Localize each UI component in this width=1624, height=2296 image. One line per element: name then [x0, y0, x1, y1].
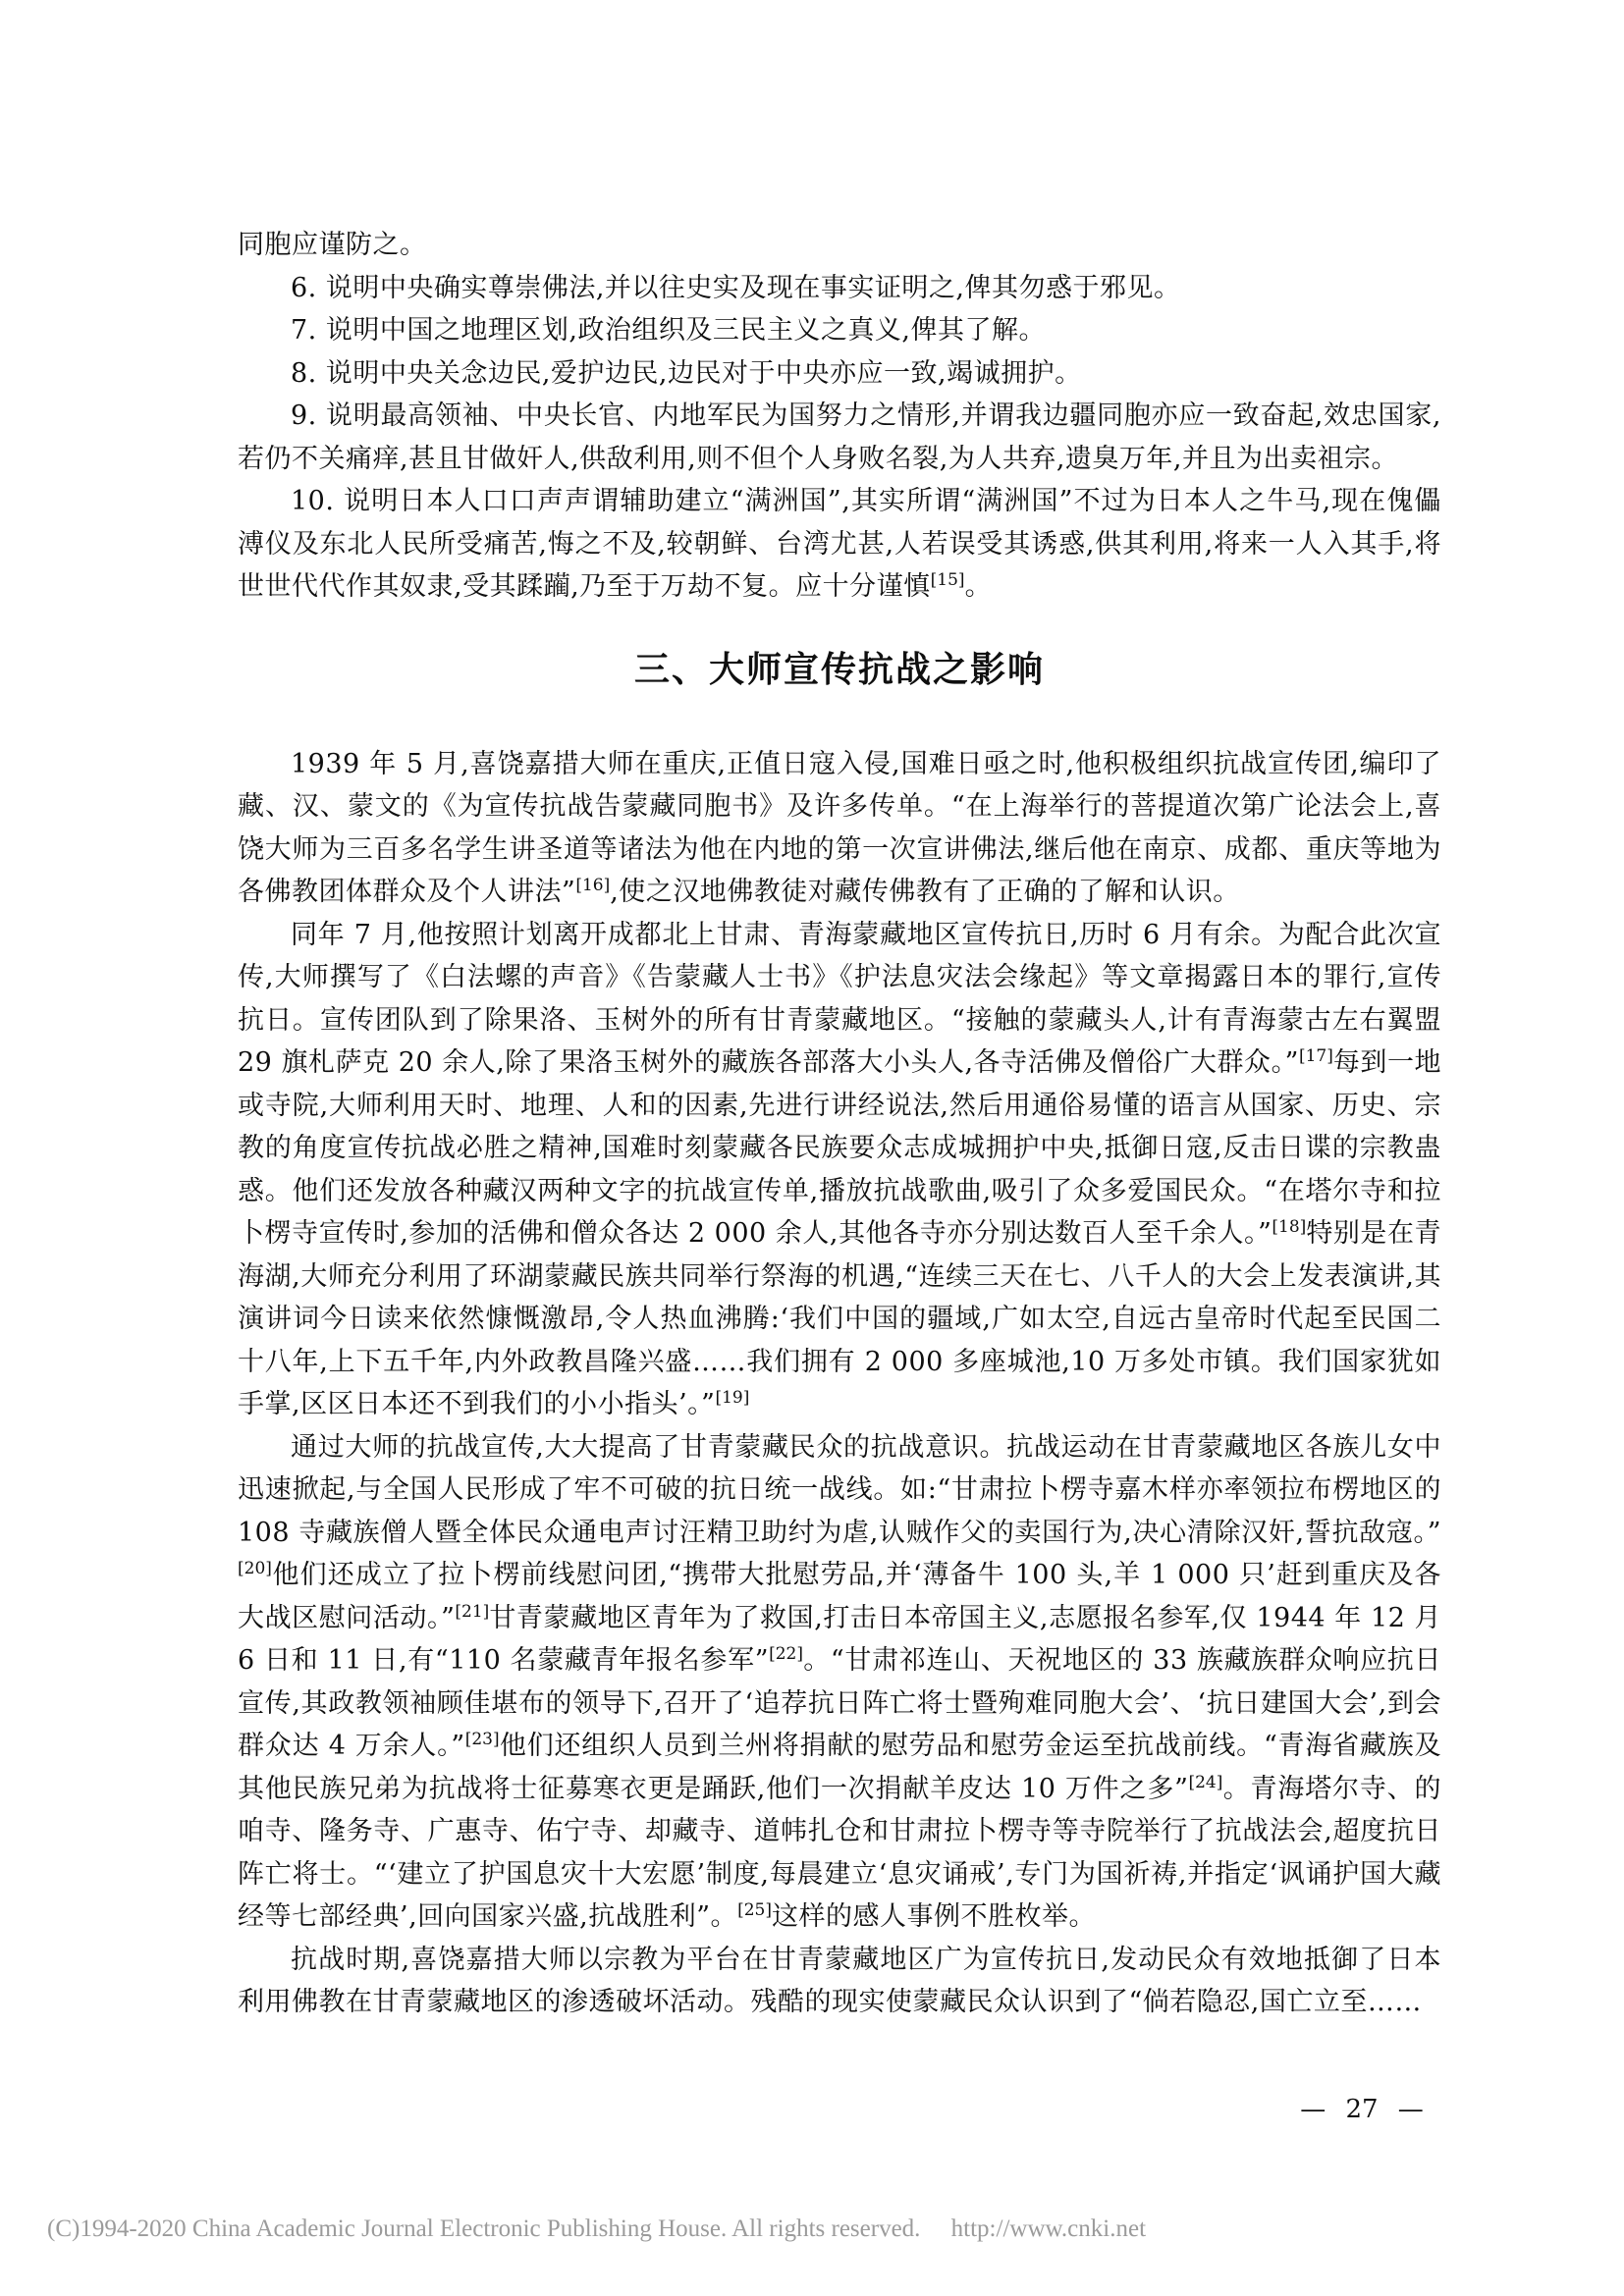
paragraph: 7. 说明中国之地理区划,政治组织及三民主义之真义,俾其了解。: [238, 309, 1441, 352]
footnote-reference: [18]: [1272, 1217, 1306, 1237]
footnote-reference: [23]: [465, 1730, 500, 1749]
copyright-footer: (C)1994-2020 China Academic Journal Elec…: [47, 2215, 1146, 2244]
footnote-reference: [22]: [769, 1644, 803, 1664]
paragraph: 同胞应谨防之。: [238, 224, 1441, 267]
paragraph: 8. 说明中央关念边民,爱护边民,边民对于中央亦应一致,竭诚拥护。: [238, 352, 1441, 396]
footnote-reference: [17]: [1299, 1046, 1333, 1066]
paragraph: 10. 说明日本人口口声声谓辅助建立“满洲国”,其实所谓“满洲国”不过为日本人之…: [238, 480, 1441, 609]
section-heading: 三、大师宣传抗战之影响: [238, 644, 1441, 697]
article-body: 同胞应谨防之。6. 说明中央确实尊崇佛法,并以往史实及现在事实证明之,俾其勿惑于…: [238, 224, 1441, 2024]
pre-section-paragraphs: 同胞应谨防之。6. 说明中央确实尊崇佛法,并以往史实及现在事实证明之,俾其勿惑于…: [238, 224, 1441, 609]
footnote-reference: [16]: [575, 876, 610, 895]
paragraph: 6. 说明中央确实尊崇佛法,并以往史实及现在事实证明之,俾其勿惑于邪见。: [238, 267, 1441, 310]
footnote-reference: [20]: [238, 1559, 272, 1578]
footnote-reference: [24]: [1188, 1773, 1222, 1792]
footnote-reference: [19]: [715, 1388, 749, 1408]
paragraph: 1939 年 5 月,喜饶嘉措大师在重庆,正值日寇入侵,国难日亟之时,他积极组织…: [238, 743, 1441, 914]
paragraph: 9. 说明最高领袖、中央长官、内地军民为国努力之情形,并谓我边疆同胞亦应一致奋起…: [238, 395, 1441, 480]
footnote-reference: [25]: [737, 1900, 772, 1920]
section-paragraphs: 1939 年 5 月,喜饶嘉措大师在重庆,正值日寇入侵,国难日亟之时,他积极组织…: [238, 743, 1441, 2024]
footnote-reference: [21]: [455, 1602, 489, 1622]
document-page: 同胞应谨防之。6. 说明中央确实尊崇佛法,并以往史实及现在事实证明之,俾其勿惑于…: [0, 0, 1624, 2296]
paragraph: 同年 7 月,他按照计划离开成都北上甘肃、青海蒙藏地区宣传抗日,历时 6 月有余…: [238, 914, 1441, 1426]
paragraph: 通过大师的抗战宣传,大大提高了甘青蒙藏民众的抗战意识。抗战运动在甘青蒙藏地区各族…: [238, 1426, 1441, 1939]
page-number: — 27 —: [1288, 2095, 1435, 2124]
paragraph: 抗战时期,喜饶嘉措大师以宗教为平台在甘青蒙藏地区广为宣传抗日,发动民众有效地抵御…: [238, 1939, 1441, 2024]
footnote-reference: [15]: [931, 570, 965, 590]
